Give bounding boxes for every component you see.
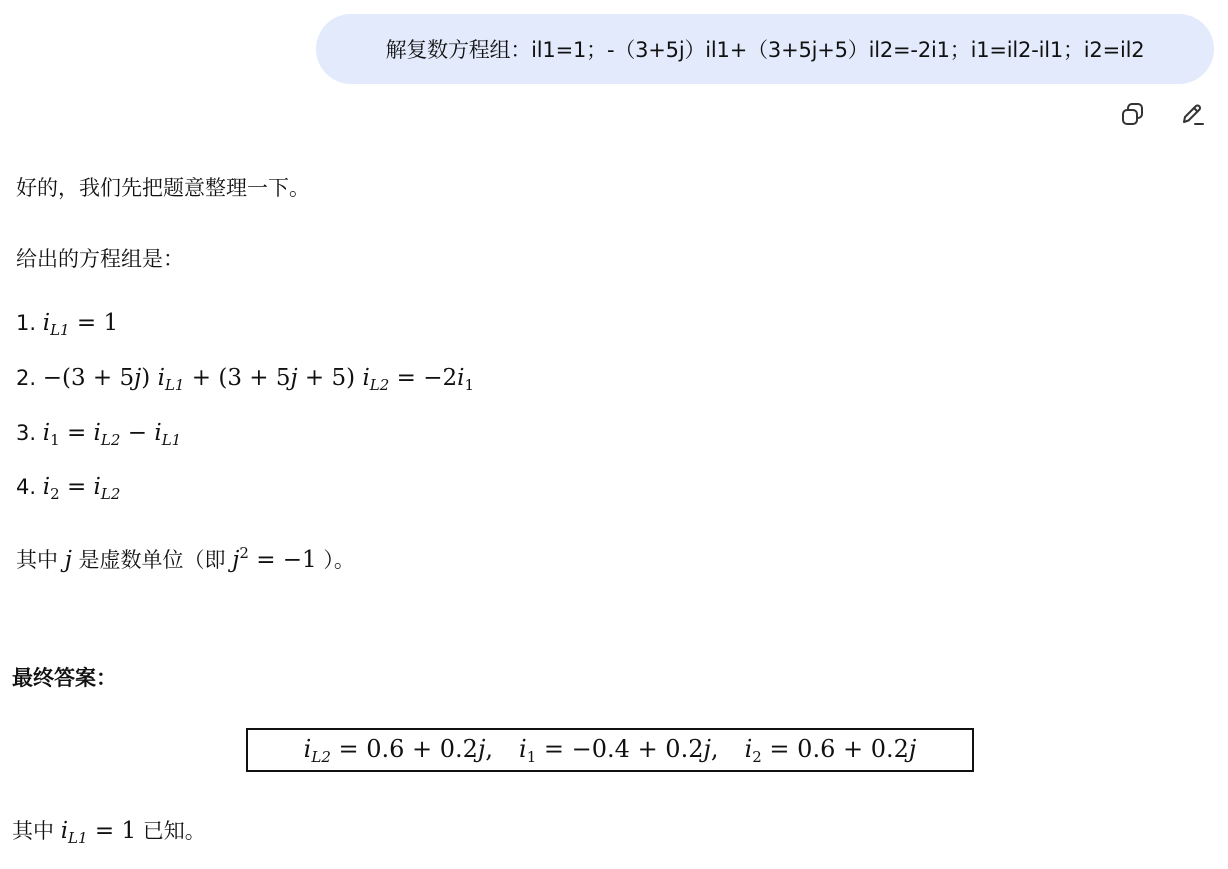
equation-4: 4. i2 = iL2 [16, 474, 120, 503]
equation-3: 3. i1 = iL2 − iL1 [16, 420, 181, 449]
copy-icon [1120, 102, 1146, 128]
intro-text: 好的，我们先把题意整理一下。 [16, 172, 310, 202]
given-label: 给出的方程组是： [16, 243, 184, 273]
chat-page: 解复数方程组：il1=1；-（3+5j）il1+（3+5j+5）il2=-2i1… [0, 0, 1228, 869]
final-answer-heading: 最终答案： [12, 662, 117, 692]
answer-i1: i1 = −0.4 + 0.2j, [519, 735, 719, 766]
message-actions [1118, 100, 1208, 130]
copy-button[interactable] [1118, 100, 1148, 130]
answer-i2: i2 = 0.6 + 0.2j [745, 735, 917, 766]
answer-i-L2: iL2 = 0.6 + 0.2j, [304, 735, 493, 766]
edit-pencil-icon [1180, 102, 1206, 128]
final-answer-box: iL2 = 0.6 + 0.2j, i1 = −0.4 + 0.2j, i2 =… [246, 728, 974, 772]
user-message-text: 解复数方程组：il1=1；-（3+5j）il1+（3+5j+5）il2=-2i1… [386, 34, 1145, 64]
imaginary-unit-note: 其中 j 是虚数单位（即 j2 = −1 ）。 [16, 544, 355, 574]
known-value-note: 其中 iL1 = 1 已知。 [12, 815, 206, 847]
edit-button[interactable] [1178, 100, 1208, 130]
equation-1: 1. iL1 = 1 [16, 310, 118, 339]
equation-2: 2. −(3 + 5j) iL1 + (3 + 5j + 5) iL2 = −2… [16, 365, 474, 394]
user-message-bubble: 解复数方程组：il1=1；-（3+5j）il1+（3+5j+5）il2=-2i1… [316, 14, 1214, 84]
